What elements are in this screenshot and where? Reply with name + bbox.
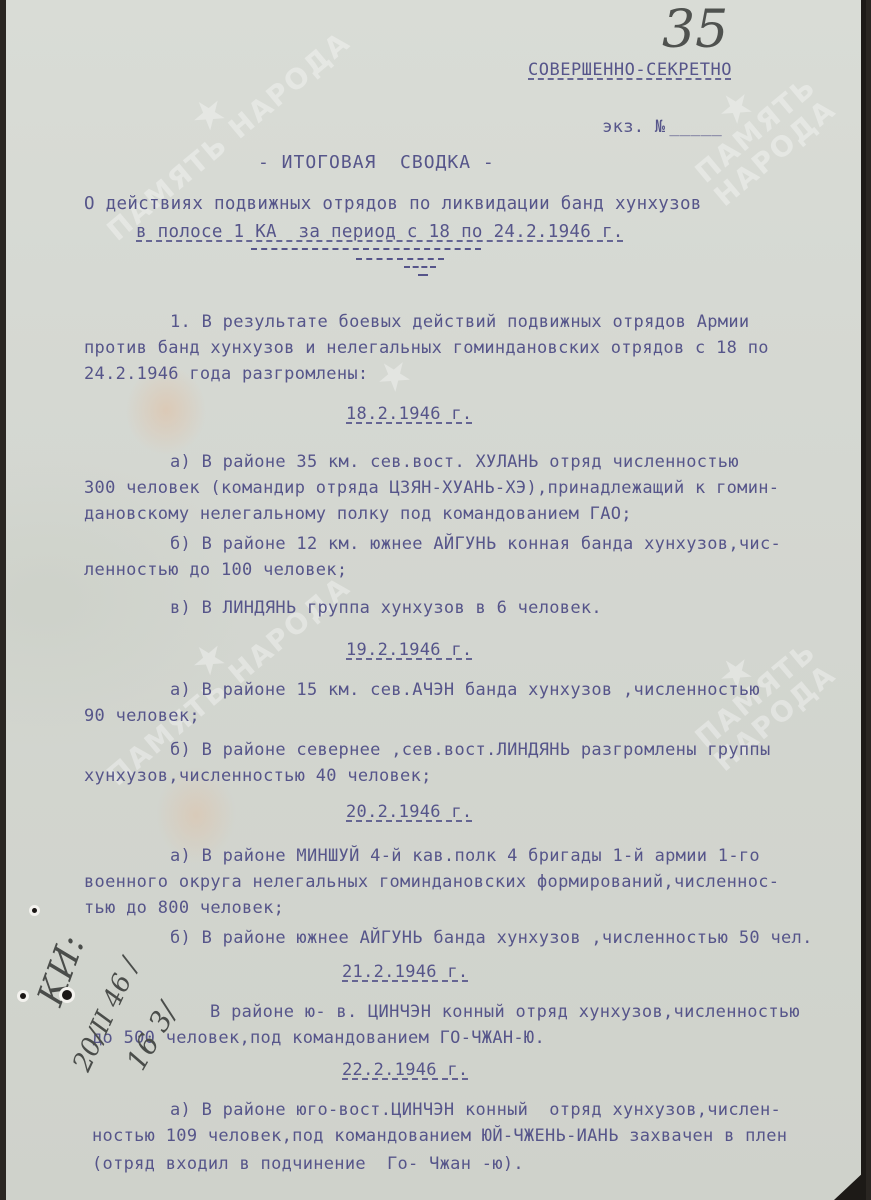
subtitle-line-1: О действиях подвижных отрядов по ликвида…: [84, 194, 702, 214]
report-item-line: тью до 800 человек;: [84, 898, 284, 918]
decorative-rule: [404, 266, 436, 268]
punch-hole: [32, 908, 37, 913]
report-item-line: дановскому нелегальному полку под команд…: [84, 504, 632, 524]
report-item-line: а) В районе юго-вост.ЦИНЧЭН конный отряд…: [170, 1100, 781, 1120]
report-item-line: (отряд входил в подчинение Го- Чжан -ю).: [92, 1154, 524, 1174]
report-item-line: ностью 109 человек,под командованием ЮЙ-…: [92, 1126, 787, 1146]
section-date: 22.2.1946 г.: [342, 1060, 468, 1080]
page-corner-fold: [834, 1170, 866, 1200]
copy-number-label: экз. №_____: [560, 97, 722, 157]
decorative-rule: [356, 258, 444, 260]
section-date: 18.2.1946 г.: [346, 404, 472, 424]
report-item-line: ленностью до 100 человек;: [84, 560, 347, 580]
report-item-line: а) В районе 15 км. сев.АЧЭН банда хунхуз…: [170, 680, 760, 700]
report-item-line: В районе ю- в. ЦИНЧЭН конный отряд хунху…: [210, 1002, 800, 1022]
intro-line: 24.2.1946 года разгромлены:: [84, 364, 368, 384]
subtitle-line-2: в полосе 1 КА за период с 18 по 24.2.194…: [136, 222, 624, 242]
report-item-line: военного округа нелегальных гоминдановск…: [84, 872, 779, 892]
page-edge-shadow: [861, 0, 866, 1200]
report-item-line: а) В районе 35 км. сев.вост. ХУЛАНЬ отря…: [170, 452, 739, 472]
report-item-line: б) В районе севернее ,сев.вост.ЛИНДЯНЬ р…: [170, 740, 771, 760]
report-item-line: в) В ЛИНДЯНЬ группа хунхузов в 6 человек…: [170, 598, 602, 618]
section-date: 20.2.1946 г.: [346, 802, 472, 822]
decorative-rule: [251, 248, 481, 250]
copy-label: экз. №: [602, 117, 665, 137]
report-item-line: а) В районе МИНШУЙ 4-й кав.полк 4 бригад…: [170, 846, 760, 866]
report-item-line: 90 человек;: [84, 706, 200, 726]
punch-hole: [20, 993, 26, 999]
section-date: 19.2.1946 г.: [346, 640, 472, 660]
intro-line: 1. В результате боевых действий подвижны…: [170, 312, 749, 332]
report-item-line: 300 человек (командир отряда ЦЗЯН-ХУАНЬ-…: [84, 478, 779, 498]
report-item-line: б) В районе южнее АЙГУНЬ банда хунхузов …: [170, 928, 813, 948]
section-date: 21.2.1946 г.: [342, 962, 468, 982]
report-item-line: хунхузов,численностью 40 человек;: [84, 766, 432, 786]
intro-line: против банд хунхузов и нелегальных гомин…: [84, 338, 769, 358]
copy-number-blank: _____: [669, 117, 722, 137]
watermark: ★: [371, 351, 419, 398]
page-number-handwritten: 35: [662, 0, 728, 60]
punch-hole: [62, 990, 72, 1000]
decorative-rule: [418, 274, 428, 276]
classification-stamp: СОВЕРШЕННО-СЕКРЕТНО: [528, 60, 732, 80]
document-title: - ИТОГОВАЯ СВОДКА -: [258, 152, 495, 173]
margin-note-initials: КИ:: [30, 930, 93, 1011]
report-item-line: б) В районе 12 км. южнее АЙГУНЬ конная б…: [170, 534, 781, 554]
document-page: ★ПАМЯТЬ НАРОДА ★ПАМЯТЬ НАРОДА ★ПАМЯТЬ НА…: [6, 0, 866, 1200]
